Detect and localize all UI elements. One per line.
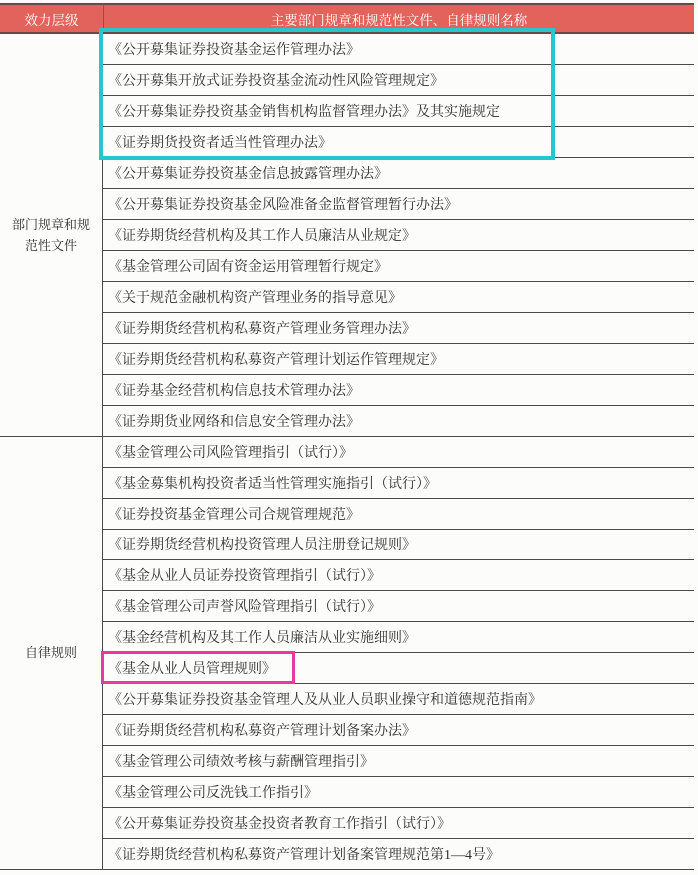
table-row: 《基金管理公司反洗钱工作指引》	[103, 777, 694, 808]
table-row: 《公开募集证券投资基金风险准备金监督管理暂行办法》	[103, 189, 694, 220]
rule-title: 《证券期货经营机构私募资产管理计划备案办法》	[108, 720, 416, 740]
rule-title: 《公开募集开放式证券投资基金流动性风险管理规定》	[108, 70, 444, 90]
rule-title: 《基金管理公司风险管理指引（试行）》	[108, 442, 353, 462]
section-label-line: 自律规则	[25, 642, 77, 663]
header-effect-level: 效力层级	[0, 5, 104, 32]
table-row: 《证券期货经营机构私募资产管理计划备案办法》	[103, 715, 694, 746]
rules-column: 《公开募集证券投资基金运作管理办法》《公开募集开放式证券投资基金流动性风险管理规…	[103, 34, 694, 870]
rule-title: 《关于规范金融机构资产管理业务的指导意见》	[108, 287, 402, 307]
table-row: 《公开募集证券投资基金投资者教育工作指引（试行）》	[103, 808, 694, 839]
regulations-table: 效力层级 主要部门规章和规范性文件、自律规则名称 部门规章和规 范性文件 自律规…	[0, 3, 694, 870]
rule-title: 《基金管理公司固有资金运用管理暂行规定》	[108, 256, 388, 276]
rule-title: 《基金管理公司反洗钱工作指引》	[108, 782, 318, 802]
table-row: 《证券投资基金管理公司合规管理规范》	[103, 499, 694, 530]
table-row: 《公开募集开放式证券投资基金流动性风险管理规定》	[103, 65, 694, 96]
table-row: 《公开募集证券投资基金管理人及从业人员职业操守和道德规范指南》	[103, 684, 694, 715]
effect-level-column: 部门规章和规 范性文件 自律规则	[0, 34, 103, 870]
rule-title: 《公开募集证券投资基金风险准备金监督管理暂行办法》	[108, 194, 458, 214]
table-row: 《关于规范金融机构资产管理业务的指导意见》	[103, 282, 694, 313]
table-row: 《公开募集证券投资基金运作管理办法》	[103, 34, 694, 65]
table-row: 《基金从业人员管理规则》	[103, 653, 694, 684]
rule-title: 《基金从业人员证券投资管理指引（试行）》	[108, 565, 381, 585]
table-row: 《基金经营机构及其工作人员廉洁从业实施细则》	[103, 622, 694, 653]
rule-title: 《证券期货经营机构私募资产管理计划备案管理规范第1—4号》	[108, 844, 500, 864]
rule-title: 《证券投资基金管理公司合规管理规范》	[108, 504, 360, 524]
table-row: 《基金募集机构投资者适当性管理实施指引（试行）》	[103, 468, 694, 499]
section-label-departmental-rules: 部门规章和规 范性文件	[0, 34, 103, 437]
rule-title: 《证券基金经营机构信息技术管理办法》	[108, 380, 360, 400]
rule-title: 《证券期货经营机构私募资产管理业务管理办法》	[108, 318, 416, 338]
table-row: 《证券基金经营机构信息技术管理办法》	[103, 375, 694, 406]
table-header-row: 效力层级 主要部门规章和规范性文件、自律规则名称	[0, 3, 694, 34]
table-row: 《公开募集证券投资基金销售机构监督管理办法》及其实施规定	[103, 96, 694, 127]
table-body: 部门规章和规 范性文件 自律规则 《公开募集证券投资基金运作管理办法》《公开募集…	[0, 34, 694, 870]
rule-title: 《证券期货经营机构投资管理人员注册登记规则》	[108, 534, 416, 554]
rule-title: 《公开募集证券投资基金信息披露管理办法》	[108, 163, 388, 183]
rule-title: 《公开募集证券投资基金投资者教育工作指引（试行）》	[108, 813, 451, 833]
table-row: 《证券期货经营机构私募资产管理计划备案管理规范第1—4号》	[103, 839, 694, 870]
table-row: 《证券期货经营机构及其工作人员廉洁从业规定》	[103, 220, 694, 251]
section-label-line: 范性文件	[25, 235, 77, 256]
document-page: 效力层级 主要部门规章和规范性文件、自律规则名称 部门规章和规 范性文件 自律规…	[0, 0, 698, 875]
section-label-self-regulatory-rules: 自律规则	[0, 437, 103, 870]
section-label-line: 部门规章和规	[12, 214, 90, 235]
rule-title: 《基金从业人员管理规则》	[108, 658, 276, 678]
table-row: 《基金管理公司声誉风险管理指引（试行）》	[103, 591, 694, 622]
rule-title: 《证券期货投资者适当性管理办法》	[108, 132, 332, 152]
table-row: 《基金从业人员证券投资管理指引（试行）》	[103, 560, 694, 591]
table-row: 《证券期货投资者适当性管理办法》	[103, 127, 694, 158]
table-row: 《基金管理公司风险管理指引（试行）》	[103, 437, 694, 468]
rule-title: 《基金管理公司绩效考核与薪酬管理指引》	[108, 751, 374, 771]
rule-title: 《基金经营机构及其工作人员廉洁从业实施细则》	[108, 627, 416, 647]
rule-title: 《公开募集证券投资基金管理人及从业人员职业操守和道德规范指南》	[108, 689, 542, 709]
rule-title: 《基金管理公司声誉风险管理指引（试行）》	[108, 596, 381, 616]
header-rule-names: 主要部门规章和规范性文件、自律规则名称	[104, 5, 694, 32]
rule-title: 《证券期货经营机构私募资产管理计划运作管理规定》	[108, 349, 444, 369]
rule-title: 《公开募集证券投资基金销售机构监督管理办法》及其实施规定	[108, 101, 500, 121]
rule-title: 《证券期货业网络和信息安全管理办法》	[108, 411, 360, 431]
table-row: 《证券期货业网络和信息安全管理办法》	[103, 406, 694, 437]
table-row: 《基金管理公司绩效考核与薪酬管理指引》	[103, 746, 694, 777]
table-row: 《证券期货经营机构私募资产管理业务管理办法》	[103, 313, 694, 344]
rule-title: 《公开募集证券投资基金运作管理办法》	[108, 39, 360, 59]
table-row: 《公开募集证券投资基金信息披露管理办法》	[103, 158, 694, 189]
table-row: 《证券期货经营机构投资管理人员注册登记规则》	[103, 530, 694, 561]
table-row: 《证券期货经营机构私募资产管理计划运作管理规定》	[103, 344, 694, 375]
table-row: 《基金管理公司固有资金运用管理暂行规定》	[103, 251, 694, 282]
rule-title: 《基金募集机构投资者适当性管理实施指引（试行）》	[108, 473, 437, 493]
rule-title: 《证券期货经营机构及其工作人员廉洁从业规定》	[108, 225, 416, 245]
